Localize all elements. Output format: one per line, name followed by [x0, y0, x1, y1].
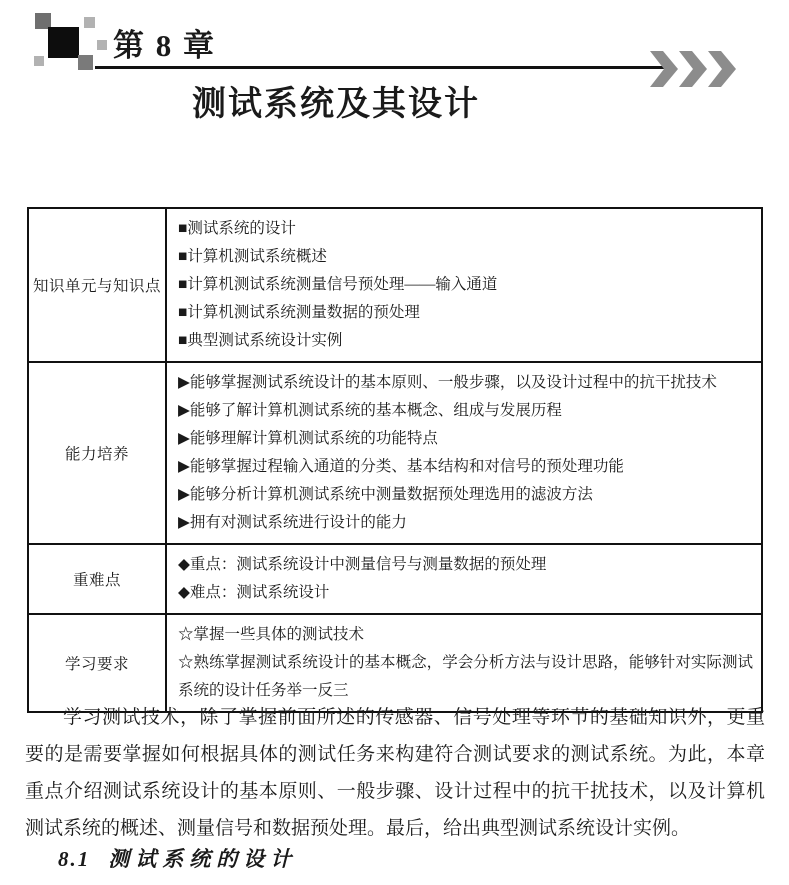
decor-square-light-1	[84, 17, 95, 28]
row-items-knowledge-units: ■测试系统的设计■计算机测试系统概述■计算机测试系统测量信号预处理——输入通道■…	[166, 208, 762, 362]
section-heading: 8.1测试系统的设计	[58, 843, 297, 873]
chapter-header: 第 8 章 测试系统及其设计	[0, 0, 789, 190]
section-number: 8.1	[58, 847, 90, 871]
section-title: 测试系统的设计	[108, 847, 297, 871]
row-items-learning-requirements: ☆掌握一些具体的测试技术☆熟练掌握测试系统设计的基本概念，学会分析方法与设计思路…	[166, 614, 762, 712]
decor-square-light-2	[97, 40, 107, 50]
row-items-ability: ▶能够掌握测试系统设计的基本原则、一般步骤，以及设计过程中的抗干扰技术▶能够了解…	[166, 362, 762, 544]
header-rule	[95, 66, 668, 69]
table-cell-item: ■计算机测试系统概述	[178, 243, 753, 271]
table-cell-item: ▶能够理解计算机测试系统的功能特点	[178, 425, 753, 453]
intro-paragraph: 学习测试技术，除了掌握前面所述的传感器、信号处理等环节的基础知识外，更重要的是需…	[25, 699, 765, 847]
knowledge-points-table: 知识单元与知识点 ■测试系统的设计■计算机测试系统概述■计算机测试系统测量信号预…	[27, 207, 763, 713]
table-cell-item: ▶能够分析计算机测试系统中测量数据预处理选用的滤波方法	[178, 481, 753, 509]
table-cell-item: ☆掌握一些具体的测试技术	[178, 621, 753, 649]
table-cell-item: ■典型测试系统设计实例	[178, 327, 753, 355]
row-label-knowledge-units: 知识单元与知识点	[28, 208, 166, 362]
decor-square-dark-2	[78, 55, 93, 70]
row-label-ability: 能力培养	[28, 362, 166, 544]
row-label-learning-requirements: 学习要求	[28, 614, 166, 712]
table-cell-item: ▶拥有对测试系统进行设计的能力	[178, 509, 753, 537]
row-items-key-difficult: ◆重点：测试系统设计中测量信号与测量数据的预处理◆难点：测试系统设计	[166, 544, 762, 614]
table-cell-item: ▶能够掌握测试系统设计的基本原则、一般步骤，以及设计过程中的抗干扰技术	[178, 369, 753, 397]
row-label-key-difficult: 重难点	[28, 544, 166, 614]
table-row: 能力培养 ▶能够掌握测试系统设计的基本原则、一般步骤，以及设计过程中的抗干扰技术…	[28, 362, 762, 544]
decor-square-black	[48, 27, 79, 58]
table-cell-item: ☆熟练掌握测试系统设计的基本概念，学会分析方法与设计思路，能够针对实际测试系统的…	[178, 649, 753, 705]
table-cell-item: ◆重点：测试系统设计中测量信号与测量数据的预处理	[178, 551, 753, 579]
table-row: 学习要求 ☆掌握一些具体的测试技术☆熟练掌握测试系统设计的基本概念，学会分析方法…	[28, 614, 762, 712]
decor-square-light-3	[34, 56, 44, 66]
table-cell-item: ■计算机测试系统测量数据的预处理	[178, 299, 753, 327]
chapter-title: 测试系统及其设计	[0, 76, 672, 125]
table-cell-item: ■测试系统的设计	[178, 215, 753, 243]
table-cell-item: ■计算机测试系统测量信号预处理——输入通道	[178, 271, 753, 299]
chapter-number-label: 第 8 章	[113, 20, 216, 65]
table-cell-item: ▶能够掌握过程输入通道的分类、基本结构和对信号的预处理功能	[178, 453, 753, 481]
table-row: 重难点 ◆重点：测试系统设计中测量信号与测量数据的预处理◆难点：测试系统设计	[28, 544, 762, 614]
table-cell-item: ▶能够了解计算机测试系统的基本概念、组成与发展历程	[178, 397, 753, 425]
table-cell-item: ◆难点：测试系统设计	[178, 579, 753, 607]
table-row: 知识单元与知识点 ■测试系统的设计■计算机测试系统概述■计算机测试系统测量信号预…	[28, 208, 762, 362]
